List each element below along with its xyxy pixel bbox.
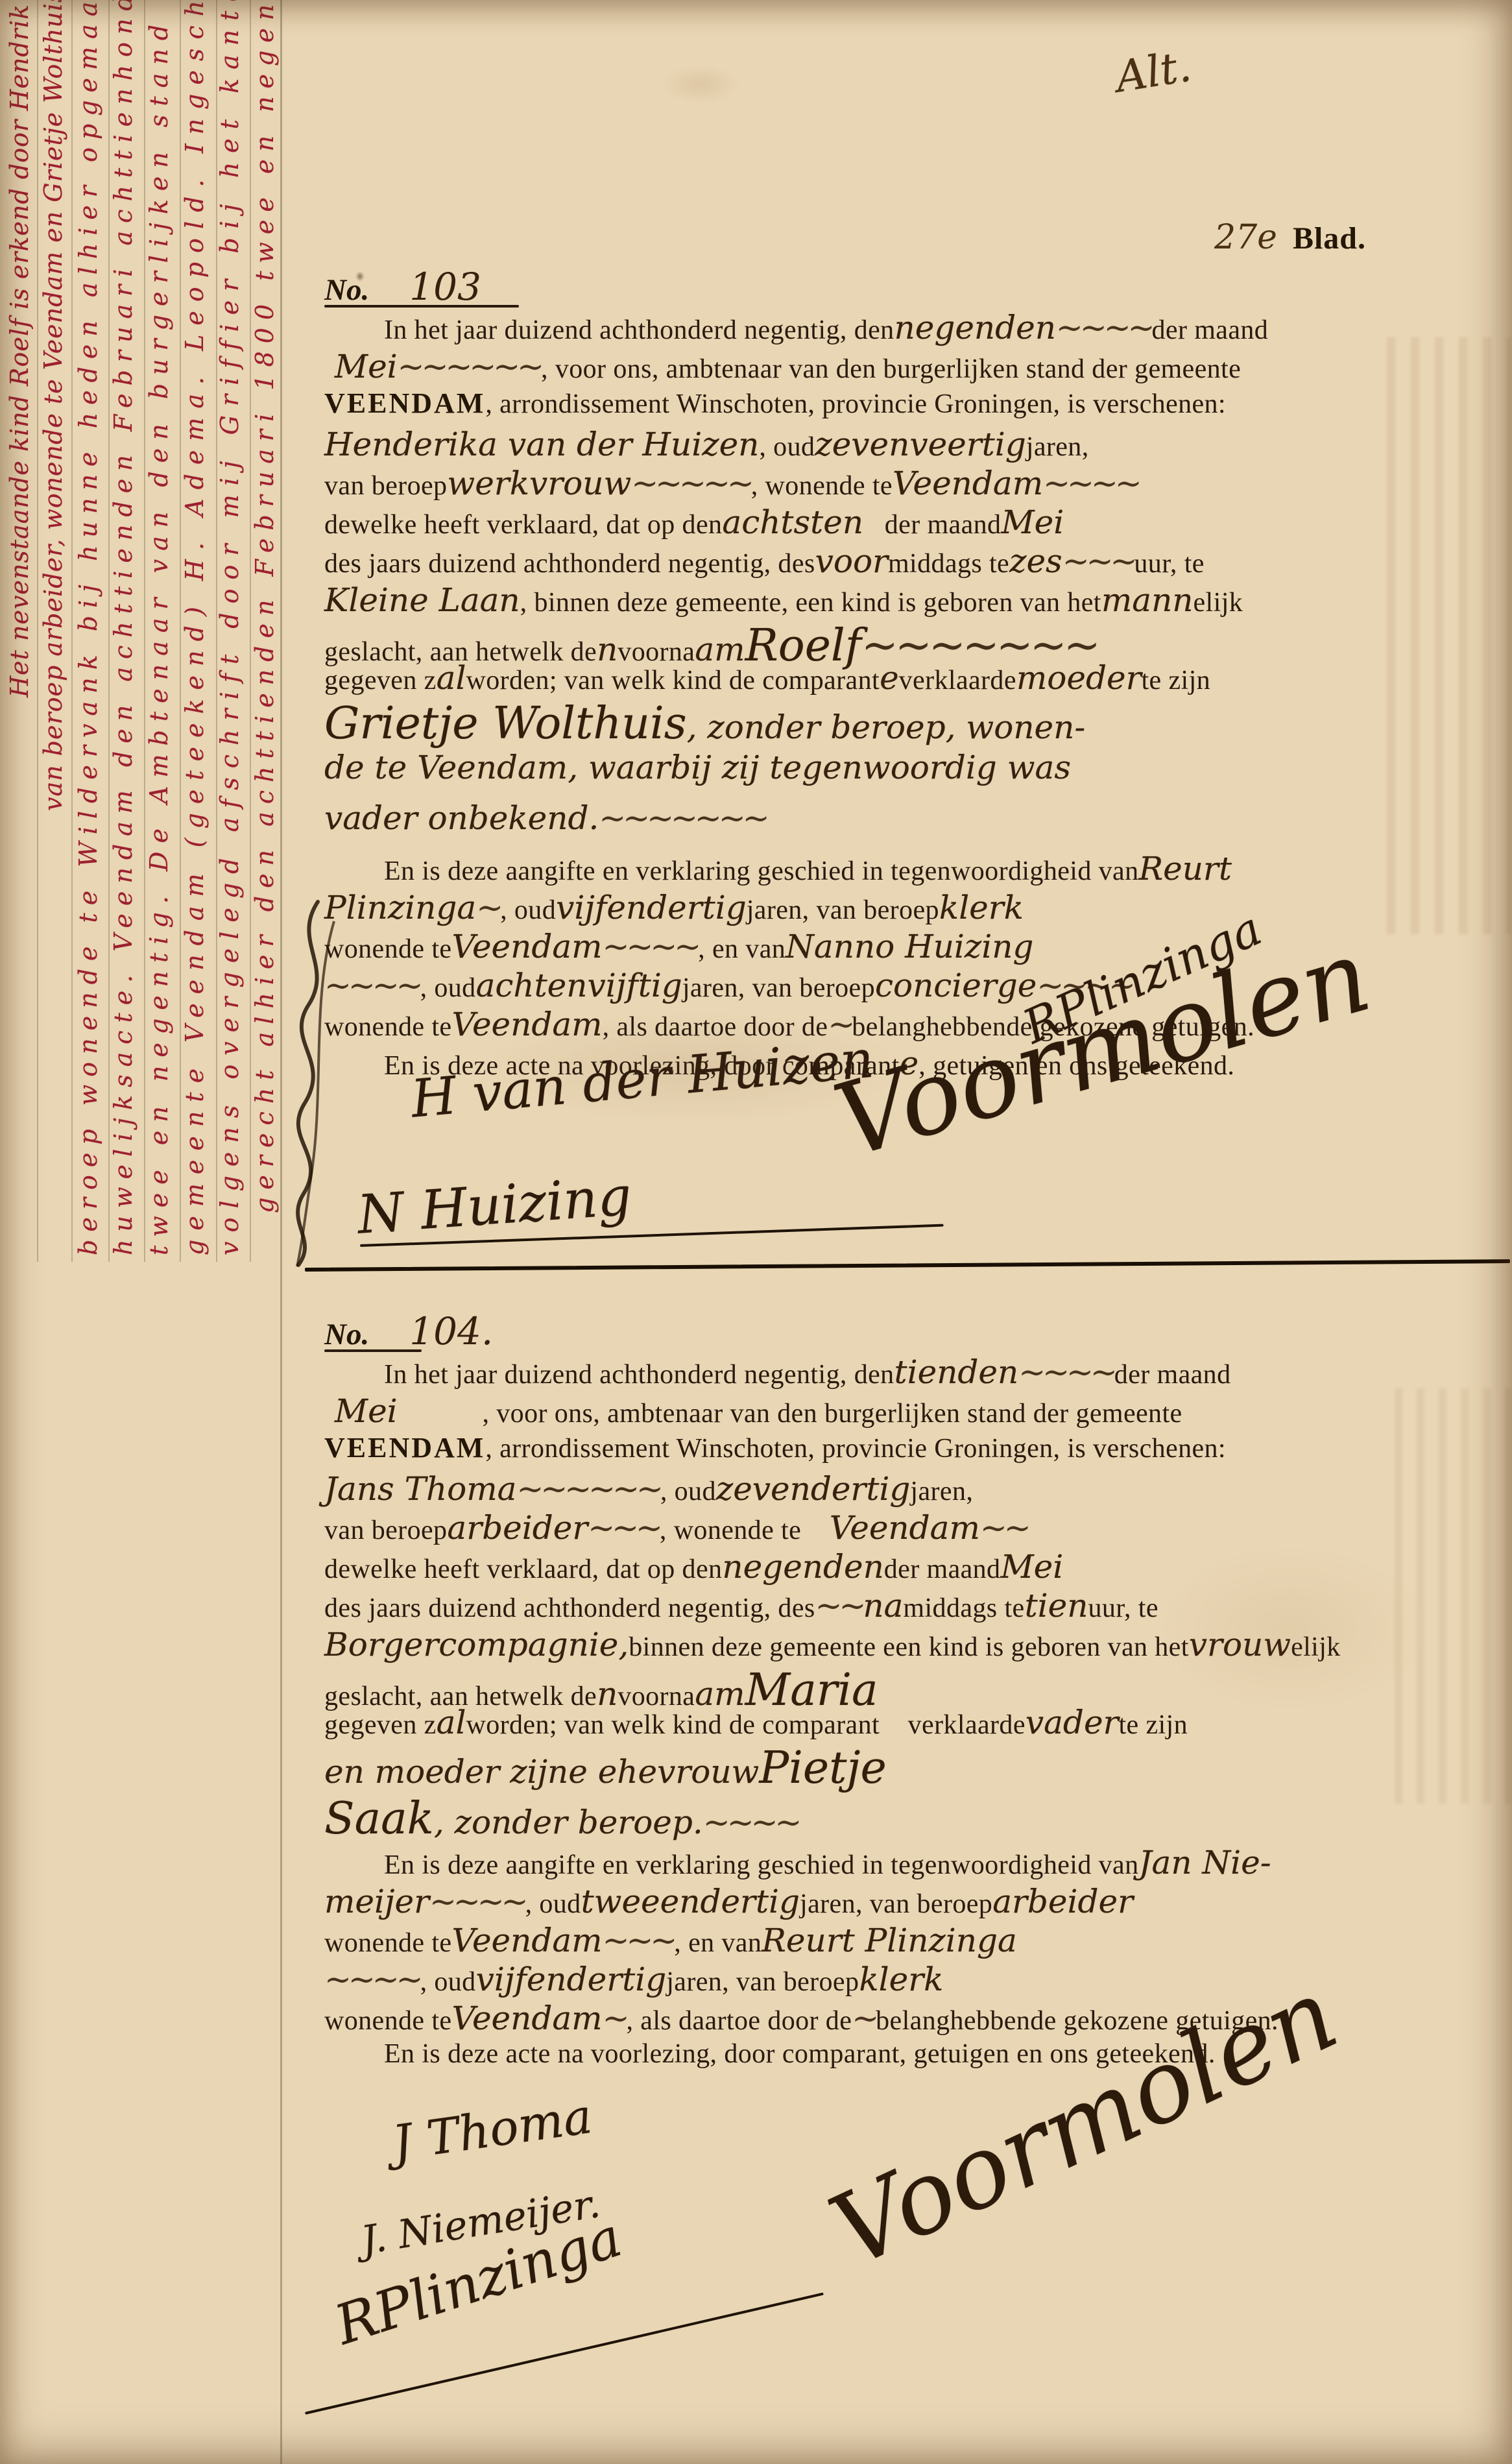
handwritten-text: Veendam	[451, 1006, 602, 1043]
act-number-row: No. 103	[324, 265, 1440, 308]
birth-act-104: No. 104. In het jaar duizend achthonderd…	[324, 1309, 1440, 2077]
printed-text: te zijn	[1141, 665, 1210, 696]
act-text-line: van beroep werkvrouw ~~~~~, wonende te V…	[324, 465, 1440, 503]
handwritten-text: vader onbekend.	[324, 799, 599, 837]
printed-text: worden; van welk kind de comparant	[466, 665, 880, 696]
printed-text: binnen deze gemeente een kind is geboren…	[629, 1632, 1189, 1663]
handwritten-text: Maria	[745, 1665, 878, 1716]
sheet-label-printed: Blad.	[1293, 221, 1366, 256]
filler-squiggle: ~~~	[588, 1509, 660, 1547]
filler-squiggle: ~~~~~~~	[861, 620, 1098, 671]
handwritten-text: achtenvijftig	[476, 967, 682, 1004]
handwritten-text: Veendam	[451, 1999, 602, 2037]
handwritten-text: Veendam	[451, 1922, 602, 1959]
act-text-line: vader onbekend. ~~~~~~~	[324, 799, 1440, 850]
printed-text: dewelke heeft verklaard, dat op den	[324, 1554, 722, 1585]
handwritten-text: Mei	[1001, 503, 1064, 541]
printed-text: In het jaar duizend achthonderd negentig…	[384, 315, 894, 346]
handwritten-text: zevendertig	[716, 1470, 911, 1508]
act-text-line: dewelke heeft verklaard, dat op den acht…	[324, 503, 1440, 542]
signature-j-thoma: J Thoma	[389, 2088, 595, 2171]
printed-text: wonende te	[324, 1927, 451, 1959]
handwritten-text: Borgercompagnie,	[324, 1626, 629, 1663]
handwritten-text: vrouw	[1189, 1626, 1291, 1663]
filler-squiggle: ~~~~	[1018, 1353, 1114, 1391]
act-text-line: Henderika van der Huizen, oud zevenveert…	[324, 426, 1440, 465]
margin-note-line: twee en negentig. De Ambtenaar van den b…	[145, 0, 173, 1255]
printed-text: gegeven z	[324, 1709, 437, 1741]
margin-note-line: Het nevenstaande kind Roelf is erkend do…	[5, 0, 34, 697]
handwritten-text: n	[597, 1675, 618, 1713]
printed-text: der maand	[863, 509, 1001, 540]
printed-text: worden; van welk kind de comparant verkl…	[466, 1709, 1025, 1741]
handwritten-text: negenden	[722, 1548, 883, 1586]
signature-n-huizing: N Huizing	[355, 1165, 634, 1246]
handwritten-text: voor	[815, 542, 888, 580]
handwritten-text: vijfendertig	[556, 889, 747, 926]
handwritten-text: am	[695, 631, 745, 668]
handwritten-text: vader	[1026, 1704, 1119, 1741]
filler-squiggle: ~~~~	[1056, 309, 1152, 346]
act-text-line: des jaars duizend achthonderd negentig, …	[324, 1587, 1440, 1626]
act-separator-rule	[305, 1259, 1510, 1272]
printed-text: uur, te	[1088, 1593, 1158, 1624]
filler-squiggle: ~	[603, 1999, 627, 2037]
sheet-header: 27e Blad.	[1214, 218, 1366, 257]
act-text-line: VEENDAM, arrondissement Winschoten, prov…	[324, 387, 1440, 426]
handwritten-text: Mei	[324, 348, 398, 385]
act-text-line: En is deze aangifte en verklaring geschi…	[324, 1844, 1440, 1883]
act-text-line: en moeder zijne ehevrouw Pietje	[324, 1743, 1440, 1793]
act-text-line: Borgercompagnie, binnen deze gemeente ee…	[324, 1626, 1440, 1665]
printed-text: , oud	[420, 972, 476, 1004]
handwritten-text: mann	[1101, 581, 1194, 619]
handwritten-text: arbeider	[447, 1509, 588, 1547]
handwritten-text: na	[863, 1587, 903, 1625]
printed-text: , en van	[674, 1927, 762, 1959]
filler-squiggle: ~~~~~	[631, 465, 750, 502]
act-text-line: In het jaar duizend achthonderd negentig…	[324, 1353, 1440, 1392]
act-number-value: 104.	[409, 1309, 493, 1353]
printed-text: , voor ons, ambtenaar van den burgerlijk…	[541, 354, 1241, 385]
printed-text: , als daartoe door de	[626, 2005, 852, 2036]
act-text-line: geslacht, aan hetwelk den voornaam Maria	[324, 1665, 1440, 1704]
handwritten-text: Reurt	[1138, 850, 1231, 888]
handwritten-text: negenden	[894, 309, 1056, 346]
filler-squiggle: ~~	[980, 1509, 1028, 1547]
handwritten-text: , zonder beroep, wonen-	[687, 708, 1086, 746]
filler-squiggle: ~~~~	[324, 1961, 420, 1998]
printed-text: , oud	[660, 1476, 716, 1507]
handwritten-text: zes	[1009, 542, 1062, 580]
handwritten-text: werkvrouw	[447, 465, 631, 502]
filler-squiggle: ~~~~	[429, 1883, 525, 1920]
handwritten-text: Veendam	[830, 1509, 980, 1547]
handwritten-text: al	[437, 1704, 466, 1741]
printed-text: te zijn	[1118, 1709, 1188, 1741]
printed-text: , wonende te	[660, 1515, 830, 1546]
handwritten-text: am	[695, 1675, 745, 1713]
act-text-line: Kleine Laan, binnen deze gemeente, een k…	[324, 581, 1440, 620]
handwritten-text: meijer	[324, 1883, 429, 1920]
act-text-line: Mei ~~~~~~, voor ons, ambtenaar van den …	[324, 348, 1440, 387]
printed-text: , voor ons, ambtenaar van den burgerlijk…	[398, 1398, 1182, 1429]
act-text-line: Mei , voor ons, ambtenaar van den burger…	[324, 1392, 1440, 1431]
act-text-line: In het jaar duizend achthonderd negentig…	[324, 309, 1440, 348]
printed-text: , oud	[420, 1966, 476, 1998]
handwritten-text: tweeendertig	[581, 1883, 800, 1920]
printed-text: van beroep	[324, 1515, 447, 1546]
act-number-label: No.	[324, 273, 369, 307]
act-text-line: wonende te Veendam ~~~, en van Reurt Pli…	[324, 1922, 1440, 1961]
handwritten-text: Henderika van der Huizen	[324, 426, 759, 463]
printed-text: des jaars duizend achthonderd negentig, …	[324, 548, 815, 579]
printed-text: van beroep	[324, 470, 447, 501]
act-text-line: de te Veendam, waarbij zij tegenwoordig …	[324, 749, 1440, 799]
clerk-paraph: Alt.	[1112, 41, 1195, 102]
act-number-value: 103	[409, 265, 481, 309]
printed-text: , oud	[759, 431, 815, 463]
act-number-row: No. 104.	[324, 1309, 1440, 1352]
printed-text: , binnen deze gemeente, een kind is gebo…	[520, 587, 1101, 618]
handwritten-text: Veendam	[451, 928, 602, 965]
printed-text: jaren, van beroep	[747, 895, 939, 926]
printed-text: In het jaar duizend achthonderd negentig…	[384, 1359, 894, 1390]
printed-text: , en van	[698, 934, 786, 965]
handwritten-text: tienden	[894, 1353, 1019, 1391]
printed-text: , arrondissement Winschoten, provincie G…	[485, 1433, 1226, 1464]
handwritten-text: , zonder beroep.	[434, 1804, 703, 1841]
filler-squiggle: ~	[476, 889, 500, 926]
printed-text: jaren, van beroep	[800, 1889, 992, 1920]
printed-text: middags te	[903, 1593, 1024, 1624]
printed-text: des jaars duizend achthonderd negentig, …	[324, 1593, 815, 1624]
handwritten-text: tien	[1025, 1587, 1088, 1625]
handwritten-text: klerk	[939, 889, 1024, 926]
paper-stain	[662, 65, 739, 104]
margin-note-line: huwelijksacte. Veendam den achttienden F…	[109, 0, 138, 1255]
handwritten-text: Veendam	[893, 465, 1043, 502]
act-text-line: geslacht, aan hetwelk de n voornaam Roel…	[324, 620, 1440, 659]
handwritten-text: n	[597, 631, 618, 668]
margin-note-line: gemeente Veendam (geteekend) H. Adema. L…	[180, 0, 209, 1255]
handwritten-text: de te Veendam, waarbij zij tegenwoordig …	[324, 749, 1071, 786]
margin-note-line: beroep wonende te Wildervank bij hunne h…	[74, 0, 102, 1255]
handwritten-text: vijfendertig	[476, 1961, 667, 1998]
filler-squiggle: ~~~~	[703, 1804, 799, 1841]
printed-text: VEENDAM	[324, 387, 485, 420]
handwritten-text: Reurt Plinzinga	[762, 1922, 1017, 1959]
printed-text: wonende te	[324, 2005, 451, 2036]
printed-text: middags te	[888, 548, 1009, 579]
handwritten-text: arbeider	[992, 1883, 1133, 1920]
printed-text: VEENDAM	[324, 1431, 485, 1464]
filler-squiggle: ~~	[815, 1587, 863, 1625]
filler-squiggle: ~~~~	[603, 928, 699, 965]
printed-text: der maand	[1114, 1359, 1231, 1390]
act-lines: In het jaar duizend achthonderd negentig…	[324, 1353, 1440, 2077]
filler-squiggle: ~~~~	[1043, 465, 1139, 502]
handwritten-text: achtsten	[722, 503, 863, 541]
act-number-underline	[324, 305, 519, 308]
printed-text: uur, te	[1134, 548, 1204, 579]
act-text-line: Grietje Wolthuis, zonder beroep, wonen-	[324, 698, 1440, 749]
filler-squiggle: ~~~	[603, 1922, 675, 1959]
filler-squiggle: ~	[852, 1999, 876, 2037]
printed-text: , oud	[525, 1889, 581, 1920]
filler-squiggle: ~~~	[1062, 542, 1134, 580]
act-text-line: meijer ~~~~, oud tweeendertig jaren, van…	[324, 1883, 1440, 1922]
registration-scrawl	[272, 895, 350, 1272]
act-text-line: gegeven z al worden; van welk kind de co…	[324, 1704, 1440, 1743]
handwritten-text: Jan Nie-	[1138, 1844, 1271, 1881]
act-text-line: Saak, zonder beroep. ~~~~	[324, 1793, 1440, 1844]
handwritten-text: zevenveertig	[815, 426, 1026, 463]
printed-text: voorna	[618, 1681, 695, 1712]
printed-text: voorna	[618, 636, 695, 668]
handwritten-text: Mei	[324, 1392, 398, 1430]
act-text-line: Plinzinga ~, oud vijfendertig jaren, van…	[324, 889, 1440, 928]
fold-line	[37, 0, 38, 1262]
margin-note-line: van beroep arbeider, wonende te Veendam …	[39, 0, 67, 811]
act-number-underline	[324, 1349, 422, 1352]
handwritten-text: al	[437, 659, 466, 697]
printed-text: , wonende te	[751, 470, 893, 501]
act-text-line: des jaars duizend achthonderd negentig, …	[324, 542, 1440, 581]
handwritten-text: Kleine Laan	[324, 581, 520, 619]
printed-text: gegeven z	[324, 665, 437, 696]
filler-squiggle: ~~~~~~	[398, 348, 541, 385]
printed-text: dewelke heeft verklaard, dat op den	[324, 509, 722, 540]
printed-text: der maand	[884, 1554, 1001, 1585]
filler-squiggle: ~~~~~~	[516, 1470, 660, 1508]
printed-text: En is deze acte na voorlezing, door comp…	[384, 2038, 900, 2070]
act-text-line: En is deze aangifte en verklaring geschi…	[324, 850, 1440, 889]
fold-line	[71, 0, 73, 1262]
act-text-line: dewelke heeft verklaard, dat op den nege…	[324, 1548, 1440, 1587]
act-text-line: VEENDAM, arrondissement Winschoten, prov…	[324, 1431, 1440, 1470]
handwritten-text: Roelf	[745, 620, 861, 671]
handwritten-text: Mei	[1000, 1548, 1063, 1586]
printed-text: En is deze aangifte en verklaring geschi…	[384, 1850, 1138, 1881]
printed-text: jaren, van beroep	[682, 972, 875, 1004]
act-text-line: van beroep arbeider ~~~, wonende te Veen…	[324, 1509, 1440, 1548]
handwritten-text: concierge	[875, 967, 1037, 1004]
printed-text: jaren,	[1026, 431, 1089, 463]
printed-text: elijk	[1194, 587, 1243, 618]
printed-text: elijk	[1291, 1632, 1341, 1663]
handwritten-text: Nanno Huizing	[786, 928, 1033, 965]
handwritten-text: en moeder zijne ehevrouw	[324, 1753, 759, 1791]
printed-text: der maand	[1152, 315, 1269, 346]
handwritten-text: Pietje	[759, 1743, 886, 1794]
handwritten-text: Saak	[324, 1793, 434, 1844]
handwritten-text: klerk	[859, 1961, 943, 1998]
handwritten-text: Grietje Wolthuis	[324, 698, 687, 749]
printed-text: , oud	[500, 895, 556, 926]
printed-text: jaren,	[910, 1476, 973, 1507]
handwritten-text: Jans Thoma	[324, 1470, 516, 1508]
act-text-line: Jans Thoma ~~~~~~, oud zevendertig jaren…	[324, 1470, 1440, 1509]
registry-scan-page: Het nevenstaande kind Roelf is erkend do…	[0, 0, 1512, 2464]
margin-note-line: volgens overgelegd afschrift door mij Gr…	[215, 0, 244, 1255]
sheet-number-handwritten: 27e	[1214, 218, 1277, 257]
filler-squiggle: ~~~~~~~	[599, 799, 766, 837]
printed-text: En is deze aangifte en verklaring geschi…	[384, 856, 1138, 887]
act-number-label: No.	[324, 1318, 369, 1351]
printed-text: jaren, van beroep	[666, 1966, 859, 1998]
printed-text: , arrondissement Winschoten, provincie G…	[485, 389, 1226, 420]
